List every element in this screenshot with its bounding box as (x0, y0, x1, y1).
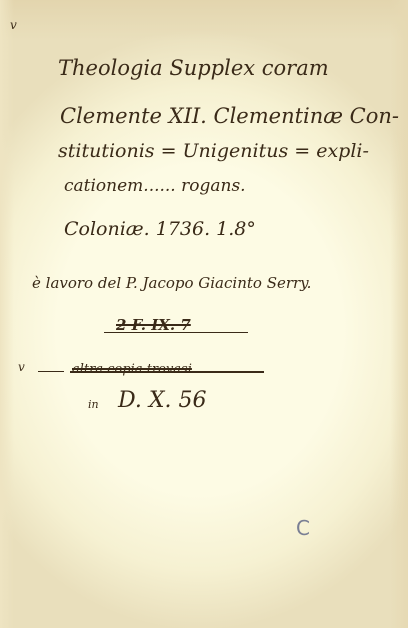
pencil-mark: C (296, 516, 310, 540)
attribution-line: è lavoro del P. Jacopo Giacinto Serry. (32, 274, 311, 292)
title-line-2: Clemente XII. Clementinæ Con- (60, 104, 399, 128)
title-line-3: stitutionis = Unigenitus = expli- (58, 140, 369, 162)
margin-mark: v (18, 360, 25, 374)
lead-rule (38, 371, 64, 372)
strike-rule (104, 332, 248, 333)
imprint-line: Coloniæ. 1736. 1.8° (64, 218, 256, 240)
title-line-4: cationem...... rogans. (64, 176, 246, 196)
title-line-1: Theologia Supplex coram (58, 56, 329, 80)
paper-stain-left (0, 0, 14, 628)
shelfmark: D. X. 56 (118, 388, 206, 413)
note-strike-rule (70, 371, 264, 373)
struck-note: altra copia trovasi (72, 362, 192, 377)
location-prefix: in (88, 398, 99, 411)
paper-stain-right (390, 0, 408, 628)
paper-stain-top (0, 0, 408, 40)
corner-mark: v (10, 18, 17, 32)
manuscript-page: v Theologia Supplex coram Clemente XII. … (0, 0, 408, 628)
